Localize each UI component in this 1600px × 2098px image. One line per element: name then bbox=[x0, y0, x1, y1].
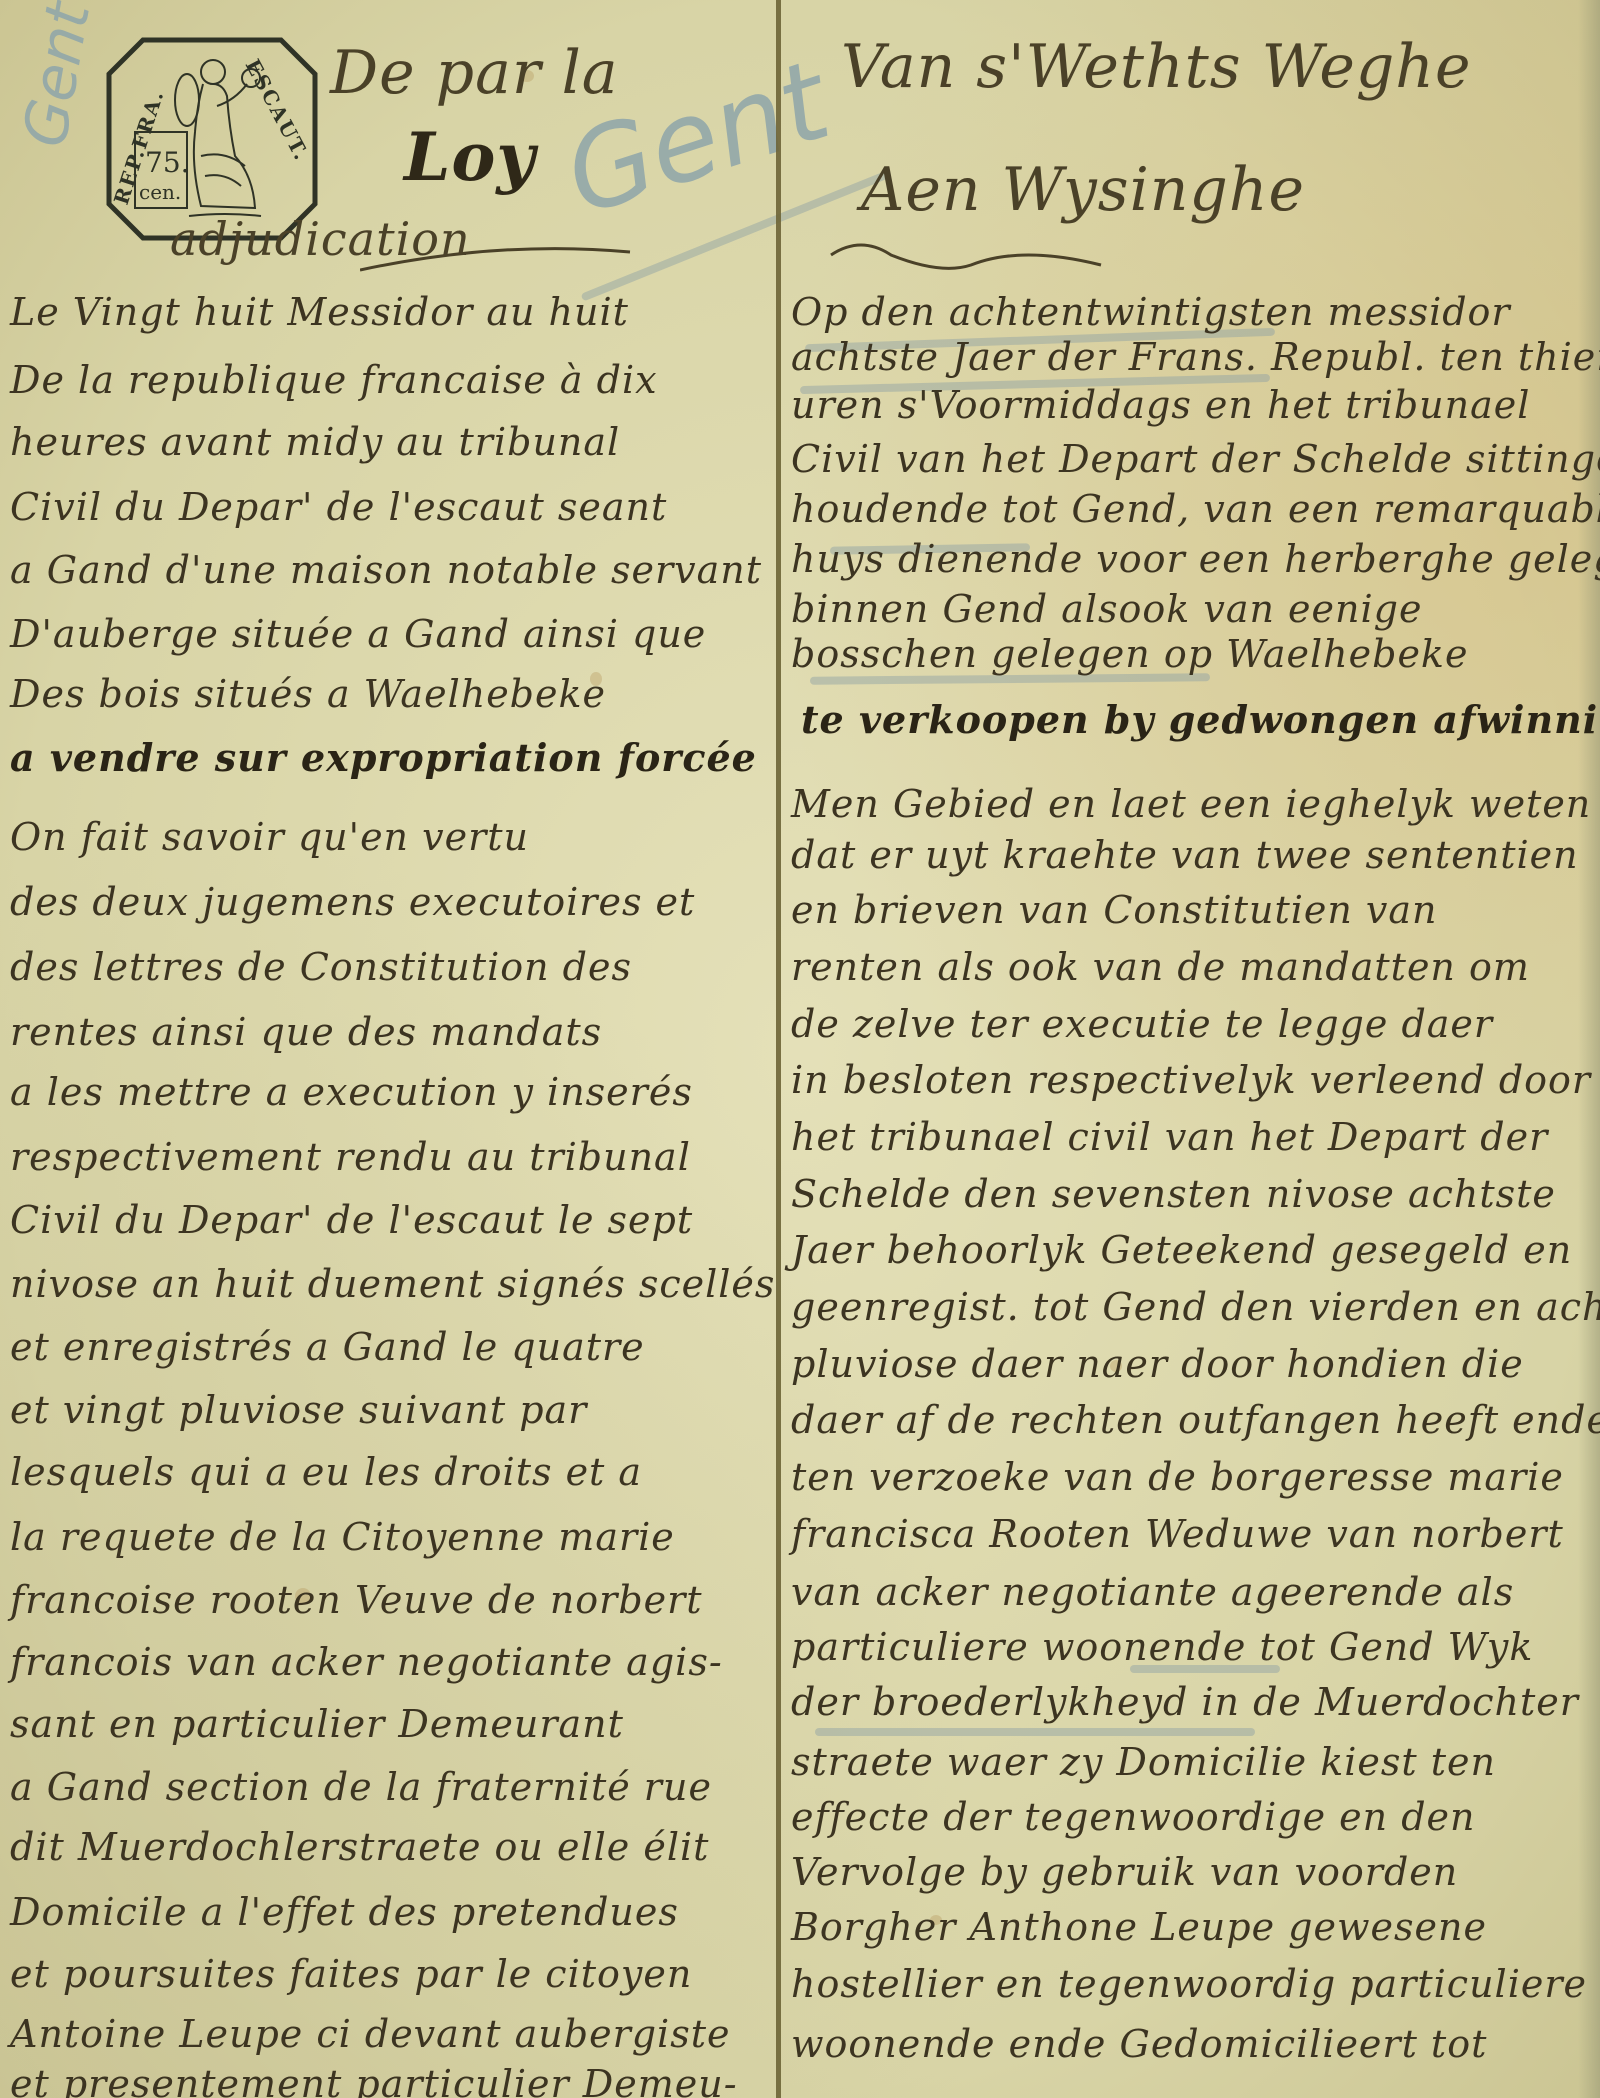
text-line: achtste Jaer der Frans. Republ. ten thie… bbox=[791, 335, 1600, 379]
text-line: dit Muerdochlerstraete ou elle élit bbox=[10, 1825, 709, 1869]
flourish-icon bbox=[821, 225, 1121, 285]
text-line: Des bois situés a Waelhebeke bbox=[10, 672, 606, 716]
text-line: daer af de rechten outfangen heeft ende bbox=[791, 1398, 1600, 1442]
text-line: D'auberge située a Gand ainsi que bbox=[10, 612, 706, 656]
text-line: francisca Rooten Weduwe van norbert bbox=[791, 1512, 1564, 1556]
text-line: et poursuites faites par le citoyen bbox=[10, 1952, 692, 1996]
text-line: Antoine Leupe ci devant aubergiste bbox=[10, 2012, 730, 2056]
text-line: bosschen gelegen op Waelhebeke bbox=[791, 632, 1468, 676]
text-line: et enregistrés a Gand le quatre bbox=[10, 1325, 645, 1369]
french-column: De par la Loy adjudication Le Vingt huit… bbox=[0, 0, 776, 2098]
text-line: van acker negotiante ageerende als bbox=[791, 1570, 1514, 1614]
text-line: Vervolge by gebruik van voorden bbox=[791, 1850, 1458, 1894]
text-line: Le Vingt huit Messidor au huit bbox=[10, 290, 629, 334]
text-line: en brieven van Constitutien van bbox=[791, 888, 1438, 932]
text-line: het tribunael civil van het Depart der bbox=[791, 1115, 1548, 1159]
text-line: la requete de la Citoyenne marie bbox=[10, 1515, 675, 1559]
text-line: uren s'Voormiddags en het tribunael bbox=[791, 383, 1530, 427]
text-line: des lettres de Constitution des bbox=[10, 945, 632, 989]
text-line: heures avant midy au tribunal bbox=[10, 420, 620, 464]
text-line: et presentement particulier Demeu- bbox=[10, 2062, 738, 2098]
text-line: De la republique francaise à dix bbox=[10, 358, 658, 402]
text-line: respectivement rendu au tribunal bbox=[10, 1135, 691, 1179]
text-line: et vingt pluviose suivant par bbox=[10, 1388, 587, 1432]
text-line: renten als ook van de mandatten om bbox=[791, 945, 1530, 989]
text-line: woonende ende Gedomicilieert tot bbox=[791, 2022, 1487, 2066]
text-line: Domicile a l'effet des pretendues bbox=[10, 1890, 679, 1934]
flourish-icon bbox=[360, 240, 640, 280]
text-line: Schelde den sevensten nivose achtste bbox=[791, 1172, 1556, 1216]
text-line: ten verzoeke van de borgeresse marie bbox=[791, 1455, 1564, 1499]
text-line: On fait savoir qu'en vertu bbox=[10, 815, 529, 859]
text-line: straete waer zy Domicilie kiest ten bbox=[791, 1740, 1496, 1784]
text-line: dat er uyt kraehte van twee sententien bbox=[791, 833, 1579, 877]
text-line: Op den achtentwintigsten messidor bbox=[791, 290, 1511, 334]
text-line: de zelve ter executie te legge daer bbox=[791, 1002, 1493, 1046]
dutch-column: Van s'Wethts Weghe Aen Wysinghe Op den a… bbox=[781, 0, 1600, 2098]
heading-de-par-la: De par la bbox=[330, 38, 619, 108]
text-line: lesquels qui a eu les droits et a bbox=[10, 1450, 642, 1494]
text-line: des deux jugemens executoires et bbox=[10, 880, 695, 924]
text-line: a Gand d'une maison notable servant bbox=[10, 548, 762, 592]
heading-van-swethts-weghe: Van s'Wethts Weghe bbox=[841, 32, 1471, 102]
text-line: rentes ainsi que des mandats bbox=[10, 1010, 602, 1054]
text-line: hostellier en tegenwoordig particuliere bbox=[791, 1962, 1587, 2006]
text-line: a Gand section de la fraternité rue bbox=[10, 1765, 712, 1809]
heading-loy: Loy bbox=[404, 118, 536, 196]
text-line: der broederlykheyd in de Muerdochter bbox=[791, 1680, 1579, 1724]
text-line: in besloten respectivelyk verleend door bbox=[791, 1058, 1591, 1102]
heading-aen-wysinghe: Aen Wysinghe bbox=[861, 155, 1305, 225]
document-page: Gent Gent 75. cen. REP.FRA. ESCAUT. bbox=[0, 0, 1600, 2098]
text-line: Men Gebied en laet een ieghelyk weten bbox=[791, 782, 1591, 826]
text-line: huys dienende voor een herberghe gelegen bbox=[791, 537, 1600, 581]
text-line: Borgher Anthone Leupe gewesene bbox=[791, 1905, 1487, 1949]
text-line: Civil du Depar' de l'escaut seant bbox=[10, 485, 667, 529]
text-line-emphasis: a vendre sur expropriation forcée bbox=[10, 735, 757, 780]
text-line: Civil du Depar' de l'escaut le sept bbox=[10, 1198, 693, 1242]
text-line: effecte der tegenwoordige en den bbox=[791, 1795, 1475, 1839]
text-line: Civil van het Depart der Schelde sitting… bbox=[791, 437, 1600, 481]
text-line: houdende tot Gend, van een remarquable bbox=[791, 487, 1600, 531]
text-line: pluviose daer naer door hondien die bbox=[791, 1342, 1524, 1386]
text-line: sant en particulier Demeurant bbox=[10, 1702, 624, 1746]
text-line: binnen Gend alsook van eenige bbox=[791, 587, 1422, 631]
text-line: Jaer behoorlyk Geteekend gesegeld en bbox=[791, 1228, 1572, 1272]
text-line: francoise rooten Veuve de norbert bbox=[10, 1578, 703, 1622]
text-line-emphasis: te verkoopen by gedwongen afwinninge bbox=[801, 697, 1600, 742]
text-line: nivose an huit duement signés scellés bbox=[10, 1262, 775, 1306]
text-line: a les mettre a execution y inserés bbox=[10, 1070, 693, 1114]
text-line: particuliere woonende tot Gend Wyk bbox=[791, 1625, 1533, 1669]
text-line: geenregist. tot Gend den vierden en acht… bbox=[791, 1285, 1600, 1329]
text-line: francois van acker negotiante agis- bbox=[10, 1640, 723, 1684]
